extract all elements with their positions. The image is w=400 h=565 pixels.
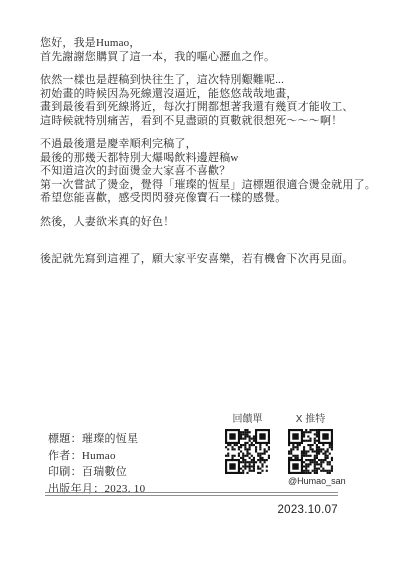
double-rule-divider (45, 492, 338, 496)
colophon-author: 作者：Humao (48, 448, 145, 465)
text-line: 然後，人妻欲米真的好色！ (40, 216, 386, 230)
text-line: 第一次嘗試了燙金，覺得「璀璨的恆星」這標題很適合燙金就用了。 (40, 179, 386, 193)
colophon: 標題：璀璨的恆星 作者：Humao 印刷：百瑞數位 出版年月：2023. 10 (48, 431, 145, 497)
afterword-text: 您好，我是Humao， 首先謝謝您購買了這一本，我的嘔心瀝血之作。 依然一樣也是… (40, 37, 386, 277)
text-line: 希望您能喜歡，感受閃閃發亮像寶石一樣的感覺。 (40, 192, 386, 206)
paragraph: 然後，人妻欲米真的好色！ (40, 216, 386, 230)
feedback-qr-label: 回饋單 (225, 410, 270, 425)
twitter-handle: @Humao_san (288, 476, 333, 486)
colophon-title: 標題：璀璨的恆星 (48, 431, 145, 448)
text-line: 首先謝謝您購買了這一本，我的嘔心瀝血之作。 (40, 51, 386, 65)
text-line: 後記就先寫到這裡了，願大家平安喜樂，若有機會下次再見面。 (40, 253, 386, 267)
text-line: 最後的那幾天都特別大爆喝飲料邊趕稿w (40, 152, 386, 166)
twitter-qr-label: X 推特 (288, 410, 333, 425)
twitter-qr-group: X 推特 @Humao_san (288, 410, 333, 486)
text-line: 依然一樣也是趕稿到快往生了，這次特別艱難呢... (40, 74, 386, 88)
text-line: 初始畫的時候因為死線還沒逼近，能悠悠哉哉地畫， (40, 88, 386, 102)
publication-date: 2023.10.07 (238, 504, 338, 516)
text-line: 不過最後還是慶幸順利完稿了， (40, 138, 386, 152)
paragraph: 依然一樣也是趕稿到快往生了，這次特別艱難呢... 初始畫的時候因為死線還沒逼近，… (40, 74, 386, 128)
text-line: 這時候就特別痛苦，看到不見盡頭的頁數就很想死～～～啊！ (40, 115, 386, 129)
colophon-printer: 印刷：百瑞數位 (48, 464, 145, 481)
twitter-qr-code-icon (288, 429, 333, 474)
feedback-qr-code-icon (225, 429, 270, 474)
feedback-qr-group: 回饋單 (225, 410, 270, 474)
paragraph: 不過最後還是慶幸順利完稿了， 最後的那幾天都特別大爆喝飲料邊趕稿w 不知道這次的… (40, 138, 386, 206)
text-line: 畫到最後看到死線將近，每次打開都想著我還有幾頁才能收工、 (40, 101, 386, 115)
paragraph: 後記就先寫到這裡了，願大家平安喜樂，若有機會下次再見面。 (40, 253, 386, 267)
afterword-page: 您好，我是Humao， 首先謝謝您購買了這一本，我的嘔心瀝血之作。 依然一樣也是… (0, 0, 400, 565)
text-line: 您好，我是Humao， (40, 37, 386, 51)
paragraph: 您好，我是Humao， 首先謝謝您購買了這一本，我的嘔心瀝血之作。 (40, 37, 386, 64)
text-line: 不知道這次的封面燙金大家喜不喜歡？ (40, 165, 386, 179)
